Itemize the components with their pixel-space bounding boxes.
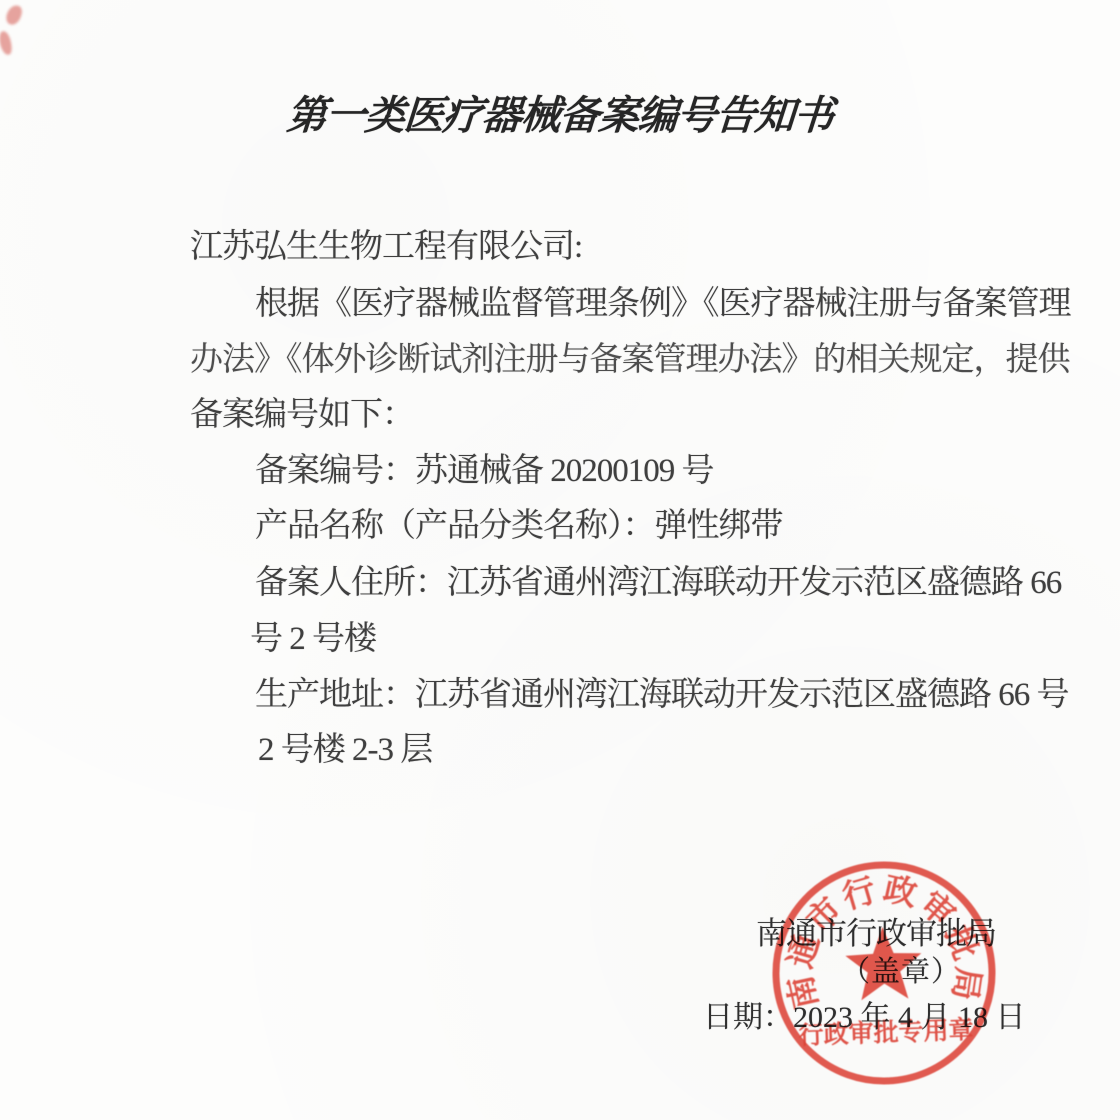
- body-line-registrant-address: 备案人住所：江苏省通州湾江海联动开发示范区盛德路 66: [255, 556, 1061, 603]
- scanned-document-page: 第一类医疗器械备案编号告知书 江苏弘生生物工程有限公司: 根据《医疗器械监督管理…: [0, 0, 1120, 1120]
- document-title: 第一类医疗器械备案编号告知书: [0, 84, 1120, 141]
- official-seal: 南通市行政审批局 行政审批专用章: [744, 833, 1024, 1113]
- red-star-icon: [844, 926, 922, 1001]
- body-line-production-address-cont: 2 号楼 2-3 层: [258, 723, 432, 770]
- recipient-line: 江苏弘生生物工程有限公司:: [190, 220, 582, 267]
- body-line-production-address: 生产地址：江苏省通州湾江海联动开发示范区盛德路 66 号: [255, 668, 1069, 715]
- red-scan-artifact: [4, 3, 23, 26]
- body-line-registrant-address-cont: 号 2 号楼: [250, 612, 376, 659]
- seal-banner-text: 行政审批专用章: [798, 1015, 974, 1050]
- body-line: 办法》《体外诊断试剂注册与备案管理办法》的相关规定，提供: [190, 333, 1070, 380]
- body-line: 根据《医疗器械监督管理条例》《医疗器械注册与备案管理: [255, 277, 1071, 324]
- body-line-product-name: 产品名称（产品分类名称）：弹性绑带: [255, 499, 783, 546]
- body-line-filing-number: 备案编号：苏通械备 20200109 号: [255, 444, 714, 491]
- body-line: 备案编号如下：: [190, 388, 414, 435]
- red-scan-artifact: [0, 30, 13, 56]
